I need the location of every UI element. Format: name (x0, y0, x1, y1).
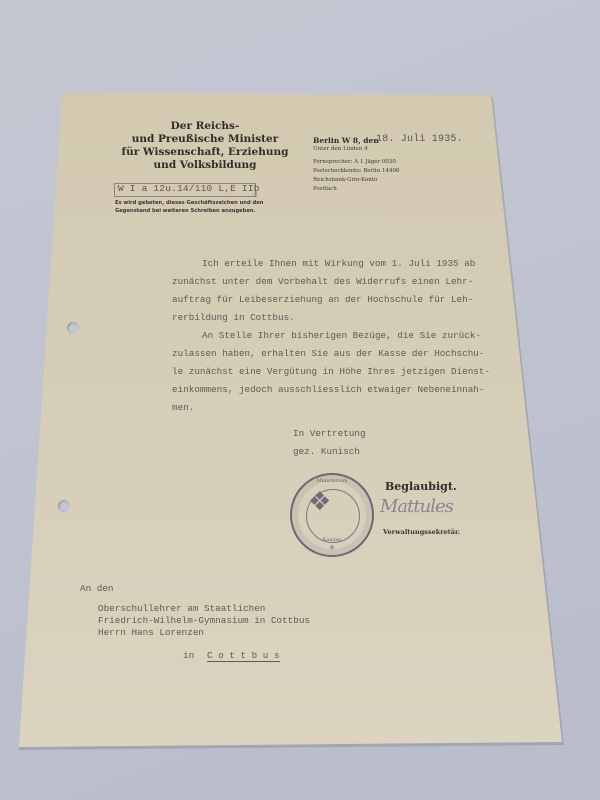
heading-line: und Volksbildung (120, 159, 290, 172)
punch-hole-icon (67, 322, 79, 334)
address-line: Unter den Linden 4 (313, 145, 399, 154)
certification-title: Verwaltungssekretär. (383, 528, 460, 536)
recipient-city-prefix: in (183, 650, 194, 661)
letter-paper (0, 0, 600, 800)
eagle-icon: ❖ (308, 487, 331, 517)
body-line: auftrag für Leibeserziehung an der Hochs… (172, 294, 473, 305)
body-line: An Stelle Ihrer bisherigen Bezüge, die S… (202, 330, 481, 341)
reference-number: W I a 12u.14/110 L,E IIb (118, 183, 260, 194)
address-line: Postfach (313, 185, 399, 194)
seal-ring-text: Ministerium (292, 478, 372, 484)
reference-note: Es wird gebeten, dieses Geschäftszeichen… (115, 199, 263, 215)
recipient-salutation: An den (80, 583, 113, 594)
note-line: Es wird gebeten, dieses Geschäftszeichen… (115, 199, 263, 207)
address-line: Postscheckkonto: Berlin 14406 (313, 167, 399, 176)
sender-heading: Der Reichs- und Preußische Minister für … (120, 120, 290, 172)
body-line: rerbildung in Cottbus. (172, 312, 295, 323)
certification-label: Beglaubigt. (385, 480, 457, 493)
official-seal: ❖ Ministerium Kanzlei ✠ (290, 473, 374, 557)
recipient-line: Friedrich-Wilhelm-Gymnasium in Cottbus (98, 615, 310, 626)
body-line: Ich erteile Ihnen mit Wirkung vom 1. Jul… (202, 258, 475, 269)
heading-line: Der Reichs- (120, 120, 290, 133)
closing-in-vertretung: In Vertretung (293, 428, 366, 439)
closing-signature: gez. Kunisch (293, 446, 360, 457)
body-line: zunächst unter dem Vorbehalt des Widerru… (172, 276, 473, 287)
note-line: Gegenstand bei weiteren Schreiben anzuge… (115, 207, 263, 215)
body-line: zulassen haben, erhalten Sie aus der Kas… (172, 348, 484, 359)
recipient-line: Herrn Hans Lorenzen (98, 627, 204, 638)
heading-line: für Wissenschaft, Erziehung (120, 146, 290, 159)
body-line: einkommens, jedoch ausschliesslich etwai… (172, 384, 484, 395)
seal-bottom-text: Kanzlei (292, 537, 372, 543)
handwritten-signature: Mattules (380, 496, 453, 517)
letter-date: 18. Juli 1935. (376, 134, 463, 145)
recipient-city: C o t t b u s (207, 650, 280, 662)
punch-hole-icon (58, 500, 70, 512)
recipient-line: Oberschullehrer am Staatlichen (98, 603, 265, 614)
place-line: Berlin W 8, den (313, 136, 379, 145)
body-line: men. (172, 402, 194, 413)
heading-line: und Preußische Minister (120, 133, 290, 146)
sender-address: Unter den Linden 4 Fernsprecher: A 1 Jäg… (313, 145, 399, 194)
swastika-icon: ✠ (292, 545, 372, 551)
body-line: le zunächst eine Vergütung in Höhe Ihres… (172, 366, 490, 377)
address-line: Reichsbank-Giro-Konto (313, 176, 399, 185)
address-line: Fernsprecher: A 1 Jäger 0030 (313, 158, 399, 167)
